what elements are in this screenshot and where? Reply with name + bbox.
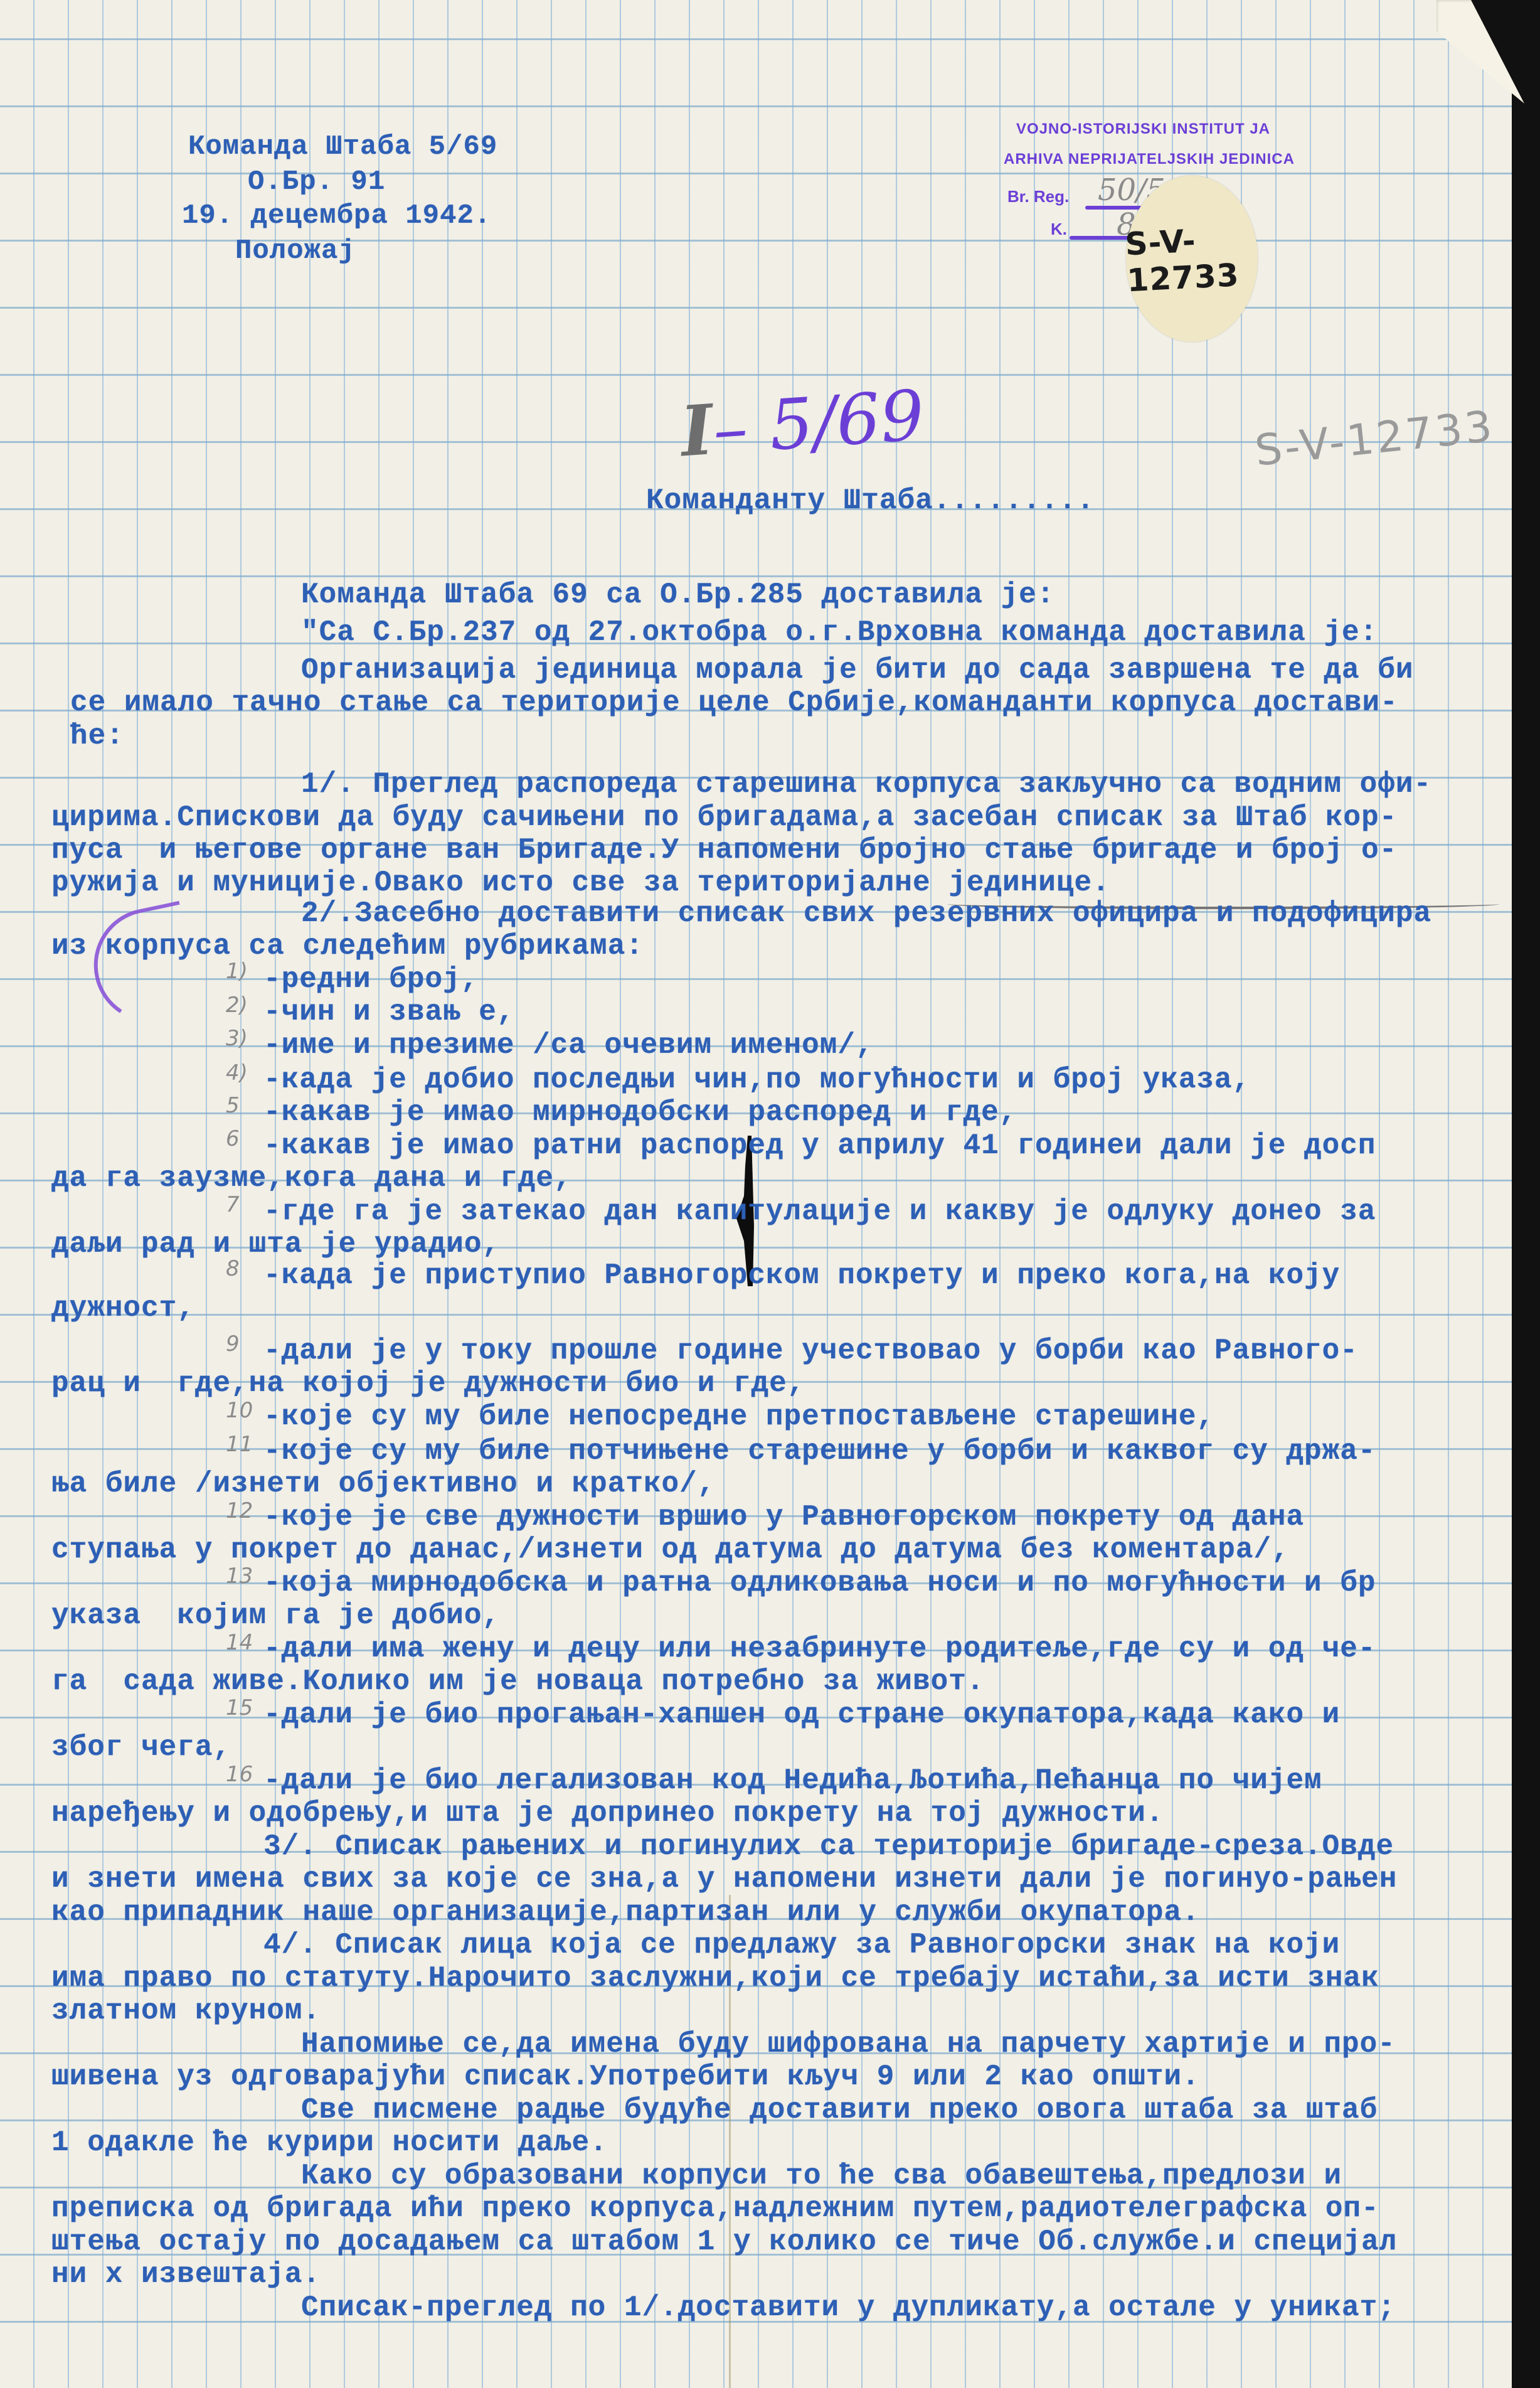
body-line: Организација јединица морала је бити до …: [301, 656, 1413, 685]
body-line: пуса и његове органе ван Бригаде.У напом…: [51, 836, 1397, 865]
body-line: -која мирнодобска и ратна одликовања нос…: [263, 1569, 1376, 1597]
margin-number: 10: [226, 1398, 253, 1423]
body-line: и знети имена свих за које се зна,а у на…: [51, 1865, 1397, 1894]
body-line: због чега,: [51, 1733, 231, 1762]
margin-number: 11: [226, 1432, 253, 1457]
body-line: -какав је имао ратни распоред у априлу 4…: [263, 1131, 1376, 1160]
margin-number: 14: [226, 1630, 253, 1655]
body-line: -дали је у току прошле године учествовао…: [263, 1336, 1358, 1365]
archive-sticker: S-V-12733: [1126, 176, 1258, 342]
body-line: -које је све дужности вршио у Равногорск…: [263, 1503, 1304, 1532]
body-line: 1/. Преглед распореда старешина корпуса …: [301, 770, 1431, 799]
margin-number: 13: [226, 1564, 253, 1589]
body-line: из корпуса са следећим рубрикама:: [51, 932, 644, 961]
stamp-k-label: K.: [1051, 220, 1067, 239]
sticker-label: S-V-12733: [1124, 219, 1260, 299]
body-line: -које су му биле потчињене старешине у б…: [263, 1437, 1376, 1466]
margin-number: 15: [226, 1695, 253, 1720]
body-line: као припадник наше организације,партизан…: [51, 1898, 1200, 1927]
body-line: 4/. Списак лица која се предлажу за Равн…: [263, 1931, 1340, 1959]
body-line: ружија и муниције.Овако исто све за тери…: [51, 868, 1110, 897]
handwritten-unit: – 5/69: [710, 375, 927, 470]
body-line: преписка од бригада ићи преко корпуса,на…: [51, 2194, 1379, 2223]
body-line: рац и где,на којој је дужности био и где…: [51, 1369, 805, 1398]
body-line: Напомиње се,да имена буду шифрована на п…: [301, 2030, 1396, 2059]
margin-number: 4): [226, 1060, 248, 1085]
body-line: цирима.Спискови да буду сачињени по бриг…: [51, 803, 1397, 832]
body-line: указа којим га је добио,: [51, 1601, 500, 1630]
sender-line: Команда Штаба 5/69: [188, 133, 497, 161]
body-line: га сада живе.Колико им је новаца потребн…: [51, 1667, 984, 1696]
body-line: Све писмене радње будуће доставити преко…: [301, 2096, 1378, 2124]
body-line: 1 одакле ће курири носити даље.: [51, 2128, 608, 2157]
body-line: -чин и звањ е,: [263, 998, 514, 1026]
body-line: ће:: [70, 722, 124, 750]
body-line: -које су му биле непосредне претпоставље…: [263, 1402, 1214, 1431]
body-line: 3/. Списак рањених и погинулих са терито…: [263, 1832, 1394, 1861]
stamp-reg-label: Br. Reg.: [1007, 187, 1069, 206]
body-line: -редни број,: [263, 965, 479, 994]
body-line: Како су образовани корпуси то ће сва оба…: [301, 2161, 1342, 2190]
margin-number: 12: [226, 1498, 253, 1523]
margin-number: 7: [226, 1192, 240, 1217]
margin-number: 16: [226, 1762, 253, 1787]
stamp-line-2: ARHIVA NEPRIJATELJSKIH JEDINICA: [1004, 151, 1295, 168]
body-line: шивена уз одговарајући списак.Употребити…: [51, 2062, 1200, 2091]
margin-number: 6: [226, 1126, 240, 1151]
body-line: -када је приступио Равногорском покрету …: [263, 1261, 1340, 1290]
stamp-line-1: VOJNO-ISTORIJSKI INSTITUT JA: [1016, 120, 1270, 138]
body-line: ња биле /изнети објективно и кратко/,: [51, 1469, 715, 1498]
body-line: даљи рад и шта је урадио,: [51, 1230, 500, 1259]
document-location: Положај: [235, 237, 356, 265]
body-line: ни х извештаја.: [51, 2260, 321, 2289]
body-line: -дали је био прогањан-хапшен од стране о…: [263, 1700, 1340, 1729]
handwritten-recipient: I– 5/69: [678, 375, 927, 472]
body-line: се имало тачно стање са територије целе …: [70, 688, 1398, 717]
body-line: да га заузме,кога дана и где,: [51, 1164, 572, 1193]
margin-number: 3): [226, 1026, 248, 1051]
body-line: ступања у покрет до данас,/изнети од дат…: [51, 1535, 1290, 1564]
body-line: -какав је имао мирнодобски распоред и гд…: [263, 1098, 1017, 1127]
body-line: -име и презиме /са очевим именом/,: [263, 1031, 874, 1060]
body-line: 2/.Засебно доставити списак свих резервн…: [301, 899, 1431, 928]
body-line: има право по статуту.Нарочито заслужни,к…: [51, 1964, 1379, 1993]
body-line: Списак-преглед по 1/.доставити у дуплика…: [301, 2293, 1396, 2322]
body-line: штења остају по досадањем са штабом 1 у …: [51, 2227, 1397, 2256]
document-date: 19. децембра 1942.: [182, 202, 491, 230]
margin-number: 5: [226, 1093, 240, 1118]
margin-number: 2): [226, 993, 248, 1018]
margin-number: 1): [226, 959, 248, 984]
body-line: "Са С.Бр.237 од 27.октобра о.г.Врховна к…: [301, 618, 1378, 647]
body-line: -дали је био легализован код Недића,Љоти…: [263, 1766, 1322, 1795]
body-line: -када је добио последњи чин,по могућност…: [263, 1065, 1250, 1094]
body-line: -дали има жену и децу или незабринуте ро…: [263, 1634, 1376, 1663]
document-number: О.Бр. 91: [248, 168, 385, 196]
body-line: дужност,: [51, 1294, 195, 1323]
body-line: наређењу и одобрењу,и шта је допринео по…: [51, 1799, 1164, 1828]
margin-number: 8: [226, 1256, 240, 1281]
body-line: Команда Штаба 69 са О.Бр.285 доставила ј…: [301, 580, 1054, 609]
recipient-line: Команданту Штаба.........: [646, 486, 1095, 515]
body-line: -где га је затекао дан капитулације и ка…: [263, 1197, 1376, 1226]
margin-number: 9: [226, 1331, 240, 1357]
body-line: златном круном.: [51, 1996, 321, 2025]
